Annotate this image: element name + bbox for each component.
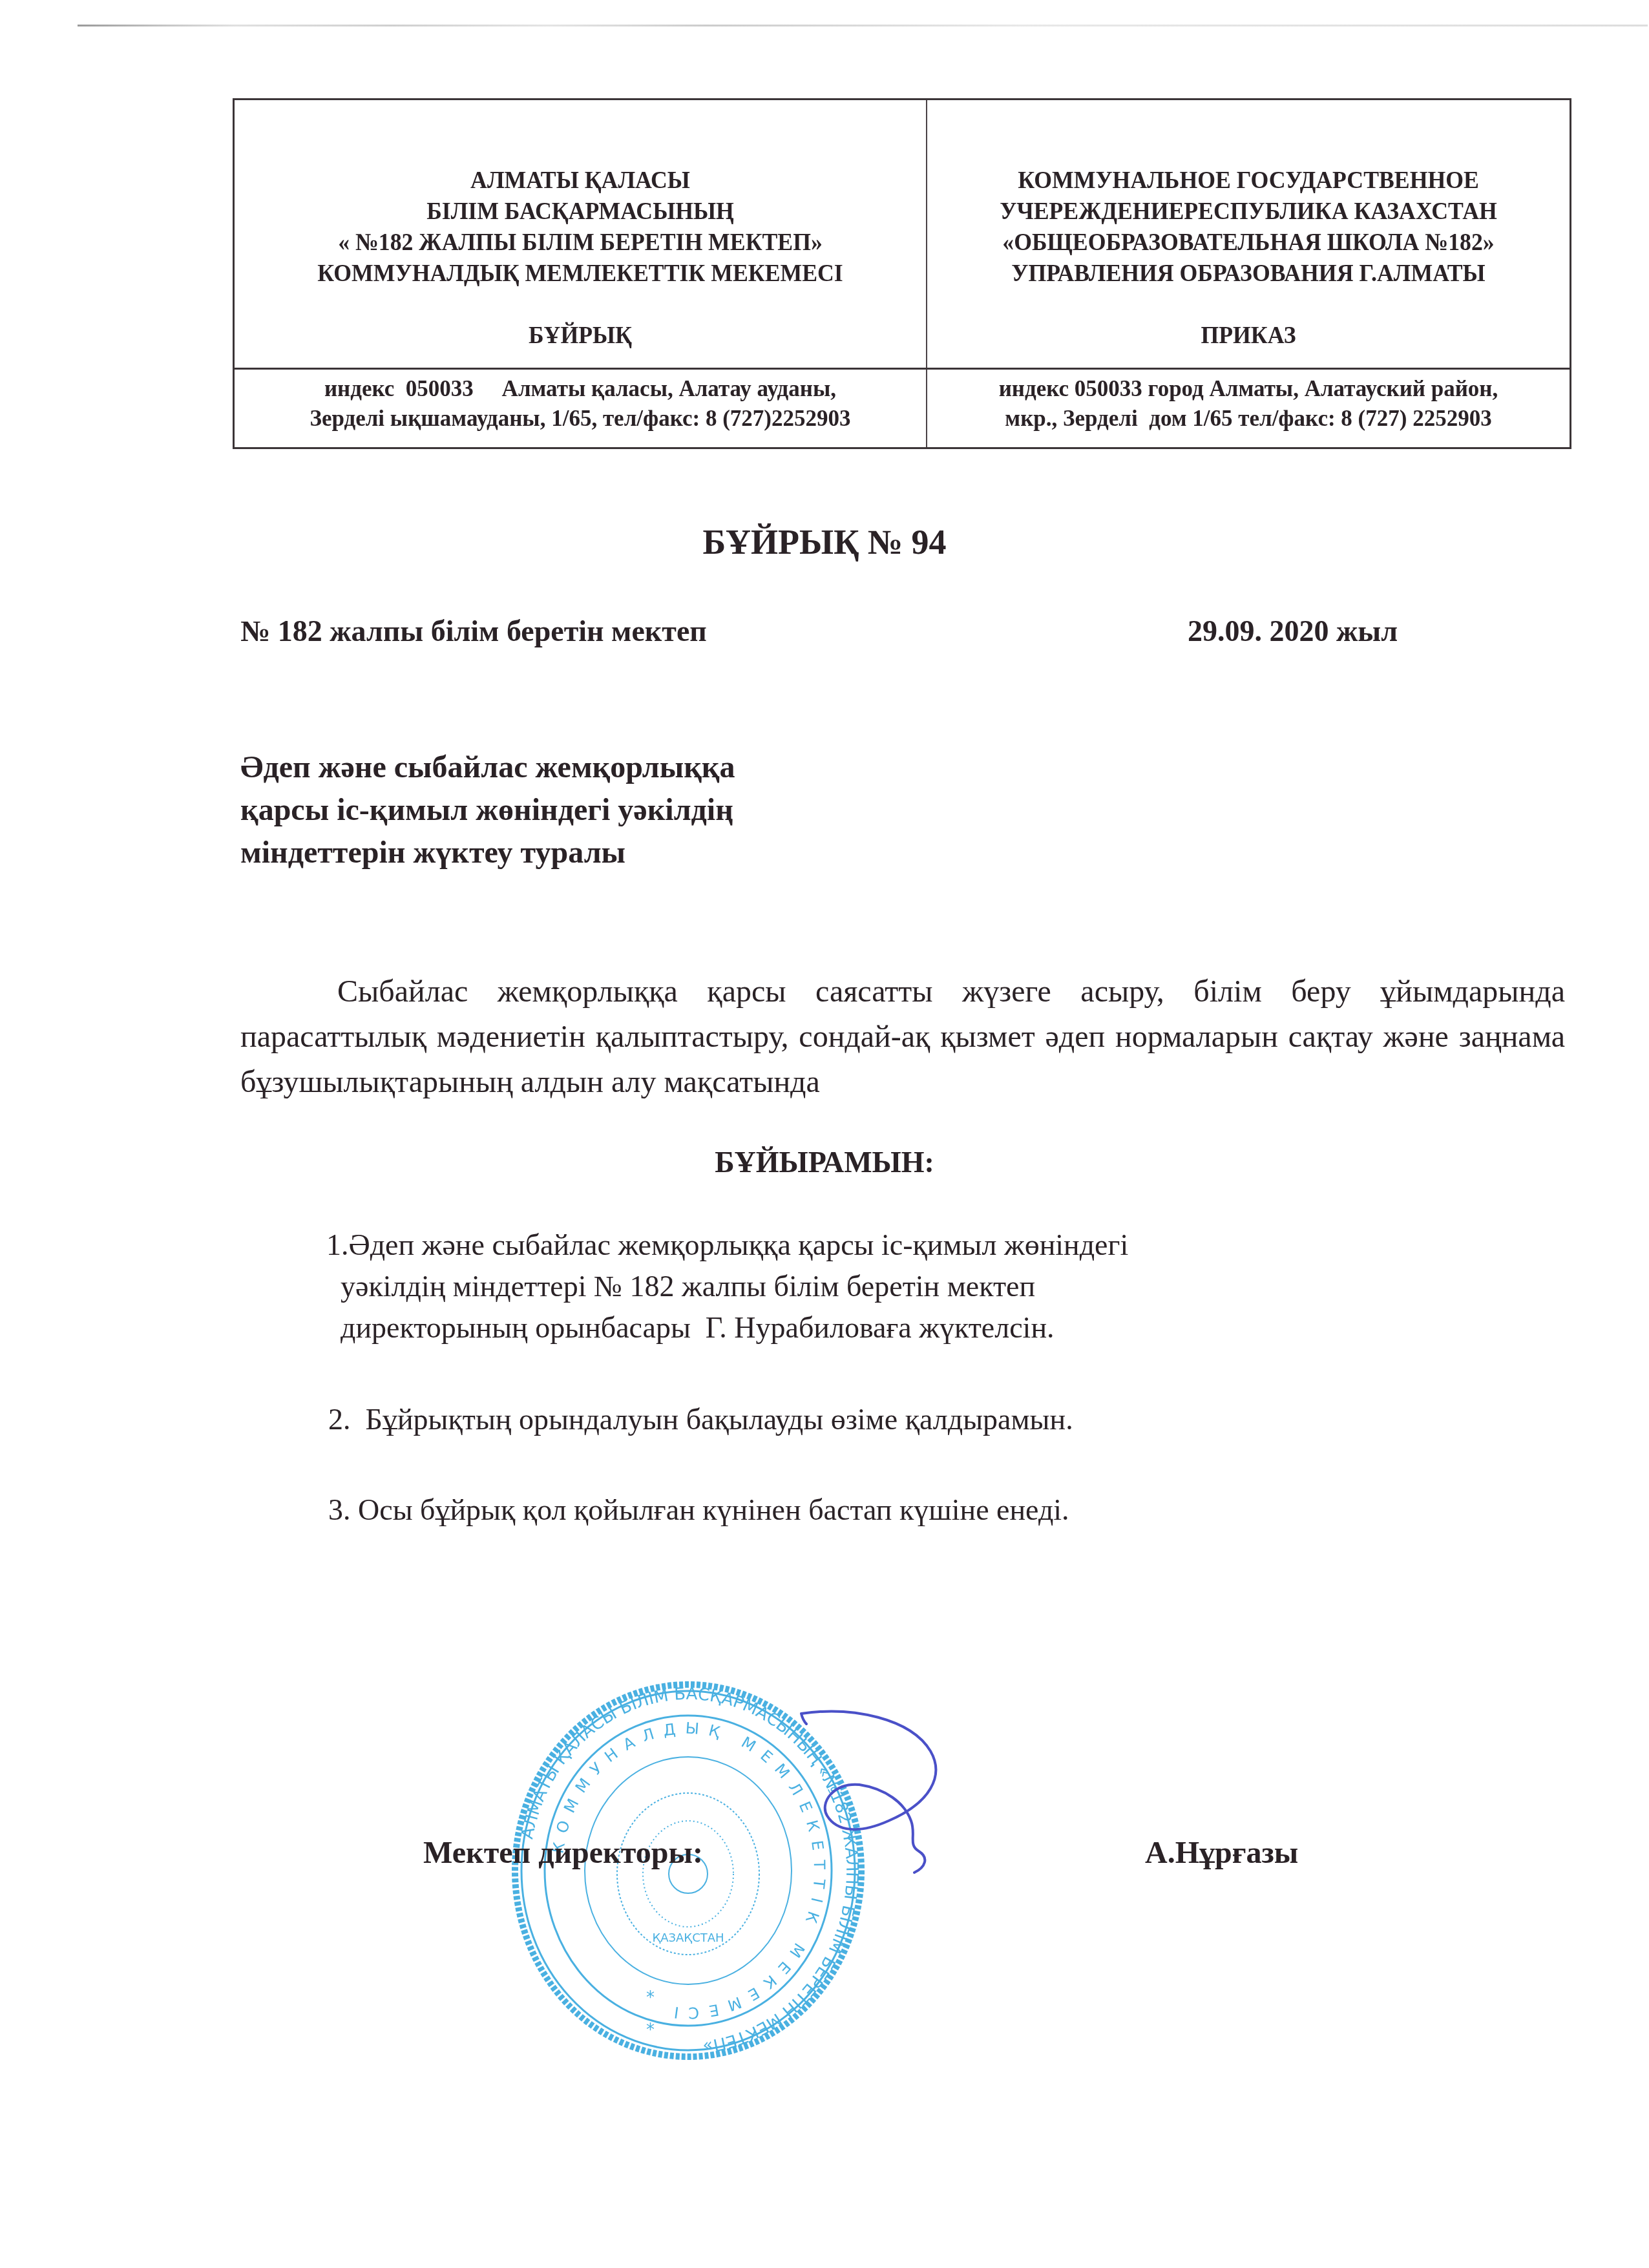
- decree-heading: БҰЙЫРАМЫН:: [0, 1145, 1649, 1179]
- letterhead-line: УПРАВЛЕНИЯ ОБРАЗОВАНИЯ Г.АЛМАТЫ: [947, 258, 1550, 289]
- signatory-name: А.Нұрғазы: [1145, 1835, 1298, 1871]
- address-kazakh: индекс 050033 Алматы қаласы, Алатау ауда…: [235, 374, 926, 434]
- letterhead-line: БІЛІМ БАСҚАРМАСЫНЫҢ: [255, 196, 905, 227]
- item-line: директорының орынбасары Г. Нурабиловаға …: [326, 1307, 1128, 1349]
- scan-edge-line: [78, 25, 1648, 26]
- order-subject: Әдеп және сыбайлас жемқорлыққа қарсы іс-…: [240, 746, 735, 874]
- address-line: Зерделі ықшамауданы, 1/65, тел/факс: 8 (…: [235, 404, 926, 434]
- order-item-3: 3. Осы бұйрық қол қойылған күнінен баста…: [328, 1493, 1069, 1527]
- svg-text:ҚАЗАҚСТАН: ҚАЗАҚСТАН: [652, 1931, 724, 1945]
- svg-text:*: *: [646, 2021, 655, 2040]
- doc-type-russian: ПРИКАЗ: [947, 320, 1550, 351]
- signatory-title: Мектеп директоры:: [423, 1835, 703, 1871]
- handwritten-signature-icon: [775, 1706, 1047, 1887]
- order-title: БҰЙРЫҚ № 94: [0, 522, 1649, 562]
- address-russian: индекс 050033 город Алматы, Алатауский р…: [927, 374, 1570, 434]
- order-item-2: 2. Бұйрықтың орындалуын бақылауды өзіме …: [328, 1402, 1073, 1436]
- item-line: уәкілдің міндеттері № 182 жалпы білім бе…: [326, 1266, 1128, 1307]
- letterhead-line: «ОБЩЕОБРАЗОВАТЕЛЬНАЯ ШКОЛА №182»: [947, 227, 1550, 258]
- address-line: индекс 050033 город Алматы, Алатауский р…: [927, 374, 1570, 404]
- preamble-paragraph: Сыбайлас жемқорлыққа қарсы саясатты жүзе…: [240, 969, 1565, 1105]
- letterhead-line: КОММУНАЛДЫҚ МЕМЛЕКЕТТІК МЕКЕМЕСІ: [255, 258, 905, 289]
- address-line: мкр., Зерделі дом 1/65 тел/факс: 8 (727)…: [927, 404, 1570, 434]
- row-divider: [235, 368, 1570, 370]
- letterhead-table: АЛМАТЫ ҚАЛАСЫ БІЛІМ БАСҚАРМАСЫНЫҢ « №182…: [233, 98, 1571, 449]
- letterhead-line: КОММУНАЛЬНОЕ ГОСУДАРСТВЕННОЕ: [947, 165, 1550, 196]
- subject-line: қарсы іс-қимыл жөніндегі уәкілдің: [240, 789, 735, 832]
- organization-name: № 182 жалпы білім беретін мектеп: [240, 614, 707, 648]
- letterhead-line: « №182 ЖАЛПЫ БІЛІМ БЕРЕТІН МЕКТЕП»: [255, 227, 905, 258]
- subject-line: Әдеп және сыбайлас жемқорлыққа: [240, 746, 735, 789]
- letterhead-line: УЧЕРЕЖДЕНИЕРЕСПУБЛИКА КАЗАХСТАН: [947, 196, 1550, 227]
- letterhead-russian: КОММУНАЛЬНОЕ ГОСУДАРСТВЕННОЕ УЧЕРЕЖДЕНИЕ…: [947, 165, 1550, 351]
- letterhead-line: АЛМАТЫ ҚАЛАСЫ: [255, 165, 905, 196]
- subject-line: міндеттерін жүктеу туралы: [240, 832, 735, 874]
- doc-type-kazakh: БҰЙРЫҚ: [255, 320, 905, 351]
- letterhead-kazakh: АЛМАТЫ ҚАЛАСЫ БІЛІМ БАСҚАРМАСЫНЫҢ « №182…: [255, 165, 905, 351]
- svg-text:*: *: [646, 1988, 655, 2008]
- item-line: 1.Әдеп және сыбайлас жемқорлыққа қарсы і…: [326, 1224, 1128, 1266]
- order-date: 29.09. 2020 жыл: [1188, 614, 1398, 648]
- address-line: индекс 050033 Алматы қаласы, Алатау ауда…: [235, 374, 926, 404]
- order-item-1: 1.Әдеп және сыбайлас жемқорлыққа қарсы і…: [326, 1224, 1128, 1349]
